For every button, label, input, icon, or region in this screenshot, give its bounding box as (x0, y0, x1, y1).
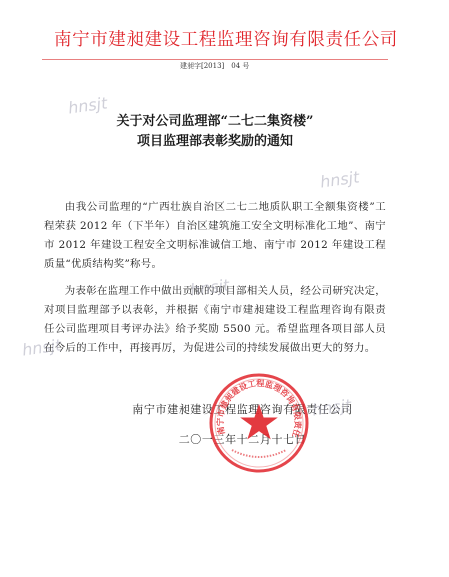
watermark: hnsjt (319, 167, 361, 191)
company-letterhead: 南宁市建昶建设工程监理咨询有限责任公司 (54, 31, 374, 49)
document-number: 建昶字[2013] 04 号 (180, 62, 249, 71)
seal-stamp-icon: 南宁市建昶建设工程监理咨询有限责任公司 (208, 372, 310, 474)
company-seal: 南宁市建昶建设工程监理咨询有限责任公司 (208, 372, 310, 474)
notice-title-line-1: 关于对公司监理部“二七二集资楼” (60, 114, 370, 130)
star-icon (240, 404, 278, 439)
body-paragraph-1: 由我公司监理的“广西壮族自治区二七二地质队职工全额集资楼”工程荣获 2012 年… (44, 198, 386, 274)
letterhead-divider (42, 59, 388, 60)
notice-title-line-2: 项目监理部表彰奖励的通知 (60, 134, 370, 150)
